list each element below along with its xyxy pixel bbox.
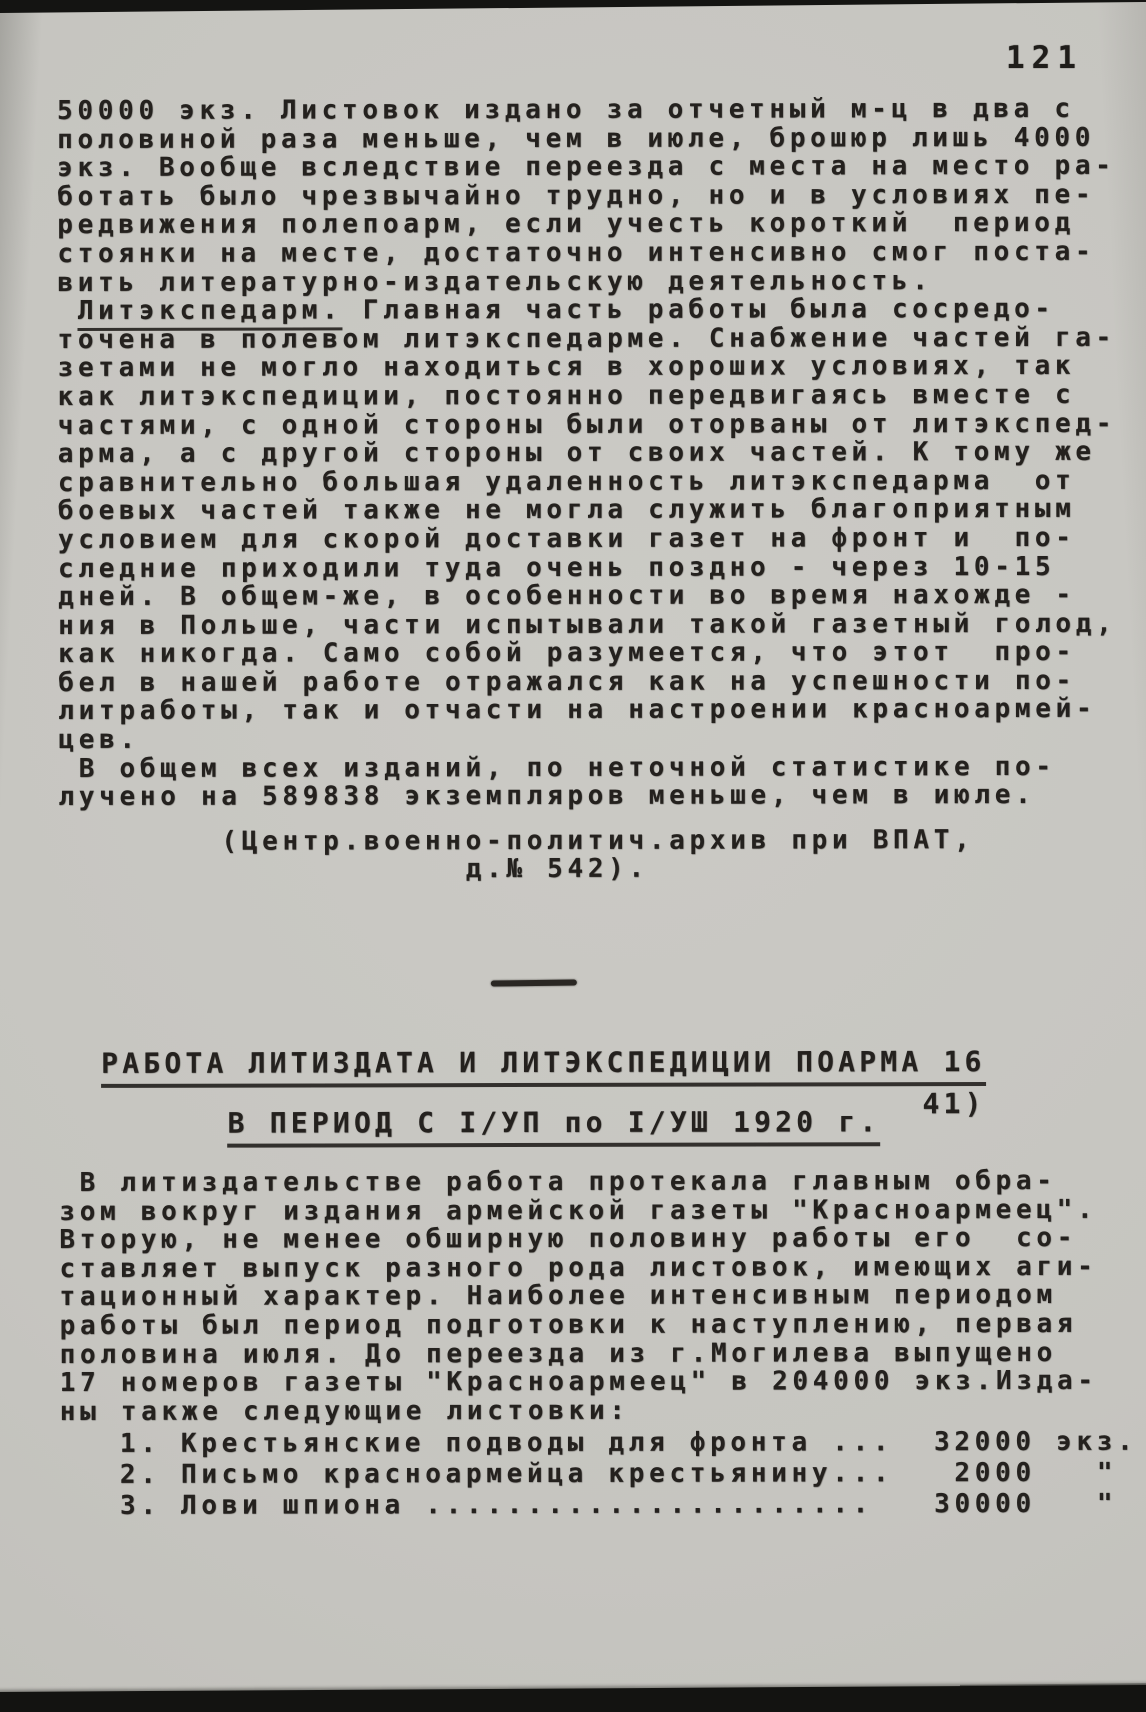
text-segment: тационный характер. Наиболее интенсивным… — [59, 1280, 1056, 1312]
text-line: как литэкспедиции, постоянно передвигаяс… — [58, 381, 1138, 412]
text-line: Вторую, не менее обширную половину работ… — [59, 1224, 1139, 1255]
text-segment: бел в нашей работе отражался как на успе… — [58, 666, 1076, 698]
text-line: арма, а с другой стороны от своих частей… — [58, 438, 1138, 469]
text-segment: следние приходили туда очень поздно - че… — [58, 551, 1055, 583]
text-segment: стоянки на месте, достаточно интенсивно … — [57, 237, 1095, 269]
text-line: сравнительно большая удаленность литэксп… — [58, 466, 1138, 497]
text-segment: работы был период подготовки к наступлен… — [60, 1309, 1078, 1341]
text-segment: экз. Вообще вследствие переезда с места … — [57, 151, 1115, 183]
text-line: ставляет выпуск разного рода листовок, и… — [59, 1253, 1139, 1284]
text-segment: 17 номеров газеты "Красноармеец" в 20400… — [60, 1366, 1098, 1398]
text-segment: 50000 экз. Листовок издано за отчетный м… — [57, 94, 1075, 126]
text-line: Литэкспедарм. Главная часть работы была … — [57, 295, 1137, 326]
archive-citation: (Центр.военно-политич.архив при ВПАТ, д.… — [59, 826, 1139, 885]
footnote-reference: 41) — [880, 1087, 985, 1120]
text-line: цев. — [58, 724, 1138, 755]
text-line: условием для скорой доставки газет на фр… — [58, 524, 1138, 555]
text-line: лучено на 589838 экземпляров меньше, чем… — [58, 781, 1138, 812]
text-segment: вить литературно-издательскую деятельнос… — [57, 266, 932, 298]
text-segment: ны также следующие листовки: — [60, 1396, 630, 1427]
text-segment: литработы, так и отчасти на настроении к… — [58, 694, 1096, 726]
text-segment: арма, а с другой стороны от своих частей… — [58, 437, 1096, 469]
text-line: В общем всех изданий, по неточной статис… — [58, 752, 1138, 783]
text-segment: 2. Письмо красноармейца крестьянину... 2… — [120, 1458, 1117, 1490]
text-segment: половина июля. До переезда из г.Могилева… — [60, 1338, 1057, 1370]
text-line: как никогда. Само собой разумеется, что … — [58, 638, 1138, 669]
document-text: 50000 экз. Листовок издано за отчетный м… — [57, 95, 1140, 1523]
text-line: тационный характер. Наиболее интенсивным… — [59, 1281, 1139, 1312]
text-line: экз. Вообще вследствие переезда с места … — [57, 152, 1137, 183]
text-segment: зом вокруг издания армейской газеты "Кра… — [59, 1194, 1097, 1226]
paragraph-litizdat-work: В литиздательстве работа протекала главн… — [59, 1167, 1140, 1427]
text-segment: В общем всех изданий, по неточной статис… — [58, 752, 1055, 784]
text-segment: Главная часть работы была сосредо- — [342, 294, 1054, 325]
text-segment: 3. Лови шпиона ...................... 30… — [120, 1489, 1117, 1521]
scanned-page: 121 50000 экз. Листовок издано за отчетн… — [0, 0, 1146, 1712]
text-segment — [59, 1107, 228, 1140]
text-line: зом вокруг издания армейской газеты "Кра… — [59, 1195, 1139, 1226]
text-line: РАБОТА ЛИТИЗДАТА И ЛИТЭКСПЕДИЦИИ ПОАРМА … — [59, 1047, 1139, 1079]
text-segment: точена в полевом литэкспедарме. Снабжени… — [57, 323, 1115, 355]
text-segment: лучено на 589838 экземпляров меньше, чем… — [58, 780, 1035, 812]
text-line: бел в нашей работе отражался как на успе… — [58, 667, 1138, 698]
text-line: ботать было чрезвычайно трудно, но и в у… — [57, 181, 1137, 212]
text-line: В литиздательстве работа протекала главн… — [59, 1167, 1139, 1198]
text-segment: редвижения полепоарм, если учесть коротк… — [57, 208, 1075, 240]
paragraph-totals: В общем всех изданий, по неточной статис… — [58, 752, 1138, 811]
text-line: 17 номеров газеты "Красноармеец" в 20400… — [60, 1367, 1140, 1398]
text-segment — [57, 296, 77, 326]
scan-edge-top — [0, 0, 1146, 13]
text-segment: цев. — [58, 725, 139, 755]
text-segment: зетами не могло находиться в хороших усл… — [58, 351, 1076, 383]
scan-edge-bottom — [0, 1685, 1146, 1712]
section-divider — [59, 979, 1139, 987]
text-line: точена в полевом литэкспедарме. Снабжени… — [57, 323, 1137, 354]
text-segment: дней. В общем-же, в особенности во время… — [58, 580, 1076, 612]
text-segment: условием для скорой доставки газет на фр… — [58, 523, 1076, 555]
text-segment: В литиздательстве работа протекала главн… — [59, 1166, 1056, 1198]
text-line: стоянки на месте, достаточно интенсивно … — [57, 238, 1137, 269]
text-segment: д.№ 542). — [59, 854, 649, 885]
text-line: 50000 экз. Листовок издано за отчетный м… — [57, 95, 1137, 126]
text-line: (Центр.военно-политич.архив при ВПАТ, — [59, 826, 1139, 857]
text-line: следние приходили туда очень поздно - че… — [58, 552, 1138, 583]
text-line: 2. Письмо красноармейца крестьянину... 2… — [120, 1458, 1140, 1491]
text-line: дней. В общем-же, в особенности во время… — [58, 581, 1138, 612]
text-line: редвижения полепоарм, если учесть коротк… — [57, 209, 1137, 240]
leaflet-list: 1. Крестьянские подводы для фронта ... 3… — [60, 1427, 1140, 1522]
text-line: 1. Крестьянские подводы для фронта ... 3… — [120, 1427, 1140, 1460]
text-segment: как литэкспедиции, постоянно передвигаяс… — [58, 380, 1076, 412]
text-line: половина июля. До переезда из г.Могилева… — [60, 1338, 1140, 1369]
paragraph-litekspedarm: Литэкспедарм. Главная часть работы была … — [57, 295, 1138, 755]
underlined-text: РАБОТА ЛИТИЗДАТА И ЛИТЭКСПЕДИЦИИ ПОАРМА … — [101, 1045, 986, 1088]
text-line: зетами не могло находиться в хороших усл… — [58, 352, 1138, 383]
text-line: ны также следующие листовки: — [60, 1396, 1140, 1427]
text-line: д.№ 542). — [59, 854, 1139, 885]
text-segment: сравнительно большая удаленность литэксп… — [58, 466, 1076, 498]
section-divider-dash — [491, 979, 577, 986]
page-number: 121 — [1006, 40, 1083, 76]
text-line: ния в Польше, части испытывали такой газ… — [58, 609, 1138, 640]
text-segment: как никогда. Само собой разумеется, что … — [58, 637, 1076, 669]
text-segment: боевых частей также не могла служить бла… — [58, 494, 1076, 526]
text-segment — [59, 1047, 101, 1080]
text-line: половиной раза меньше, чем в июле, брошю… — [57, 123, 1137, 154]
text-segment: половиной раза меньше, чем в июле, брошю… — [57, 122, 1095, 154]
text-segment: ния в Польше, части испытывали такой газ… — [58, 608, 1116, 640]
text-segment: частями, с одной стороны были оторваны о… — [58, 408, 1116, 440]
underlined-text: В ПЕРИОД С I/УП по I/УШ 1920 г. — [228, 1105, 881, 1147]
text-line: боевых частей также не могла служить бла… — [58, 495, 1138, 526]
text-segment: 1. Крестьянские подводы для фронта ... 3… — [120, 1427, 1138, 1459]
text-line: вить литературно-издательскую деятельнос… — [57, 266, 1137, 297]
text-segment: ставляет выпуск разного рода листовок, и… — [59, 1252, 1097, 1284]
text-line: частями, с одной стороны были оторваны о… — [58, 409, 1138, 440]
text-line: литработы, так и отчасти на настроении к… — [58, 695, 1138, 726]
text-line: В ПЕРИОД С I/УП по I/УШ 1920 г. 41) — [59, 1107, 1139, 1139]
text-segment: Вторую, не менее обширную половину работ… — [59, 1223, 1077, 1255]
report-heading: РАБОТА ЛИТИЗДАТА И ЛИТЭКСПЕДИЦИИ ПОАРМА … — [59, 1047, 1139, 1139]
paragraph-leaflets-summary: 50000 экз. Листовок издано за отчетный м… — [57, 95, 1137, 297]
text-line: работы был период подготовки к наступлен… — [60, 1310, 1140, 1341]
text-segment: ботать было чрезвычайно трудно, но и в у… — [57, 180, 1095, 212]
text-line: 3. Лови шпиона ...................... 30… — [120, 1489, 1140, 1522]
text-segment: (Центр.военно-политич.архив при ВПАТ, — [59, 825, 975, 857]
